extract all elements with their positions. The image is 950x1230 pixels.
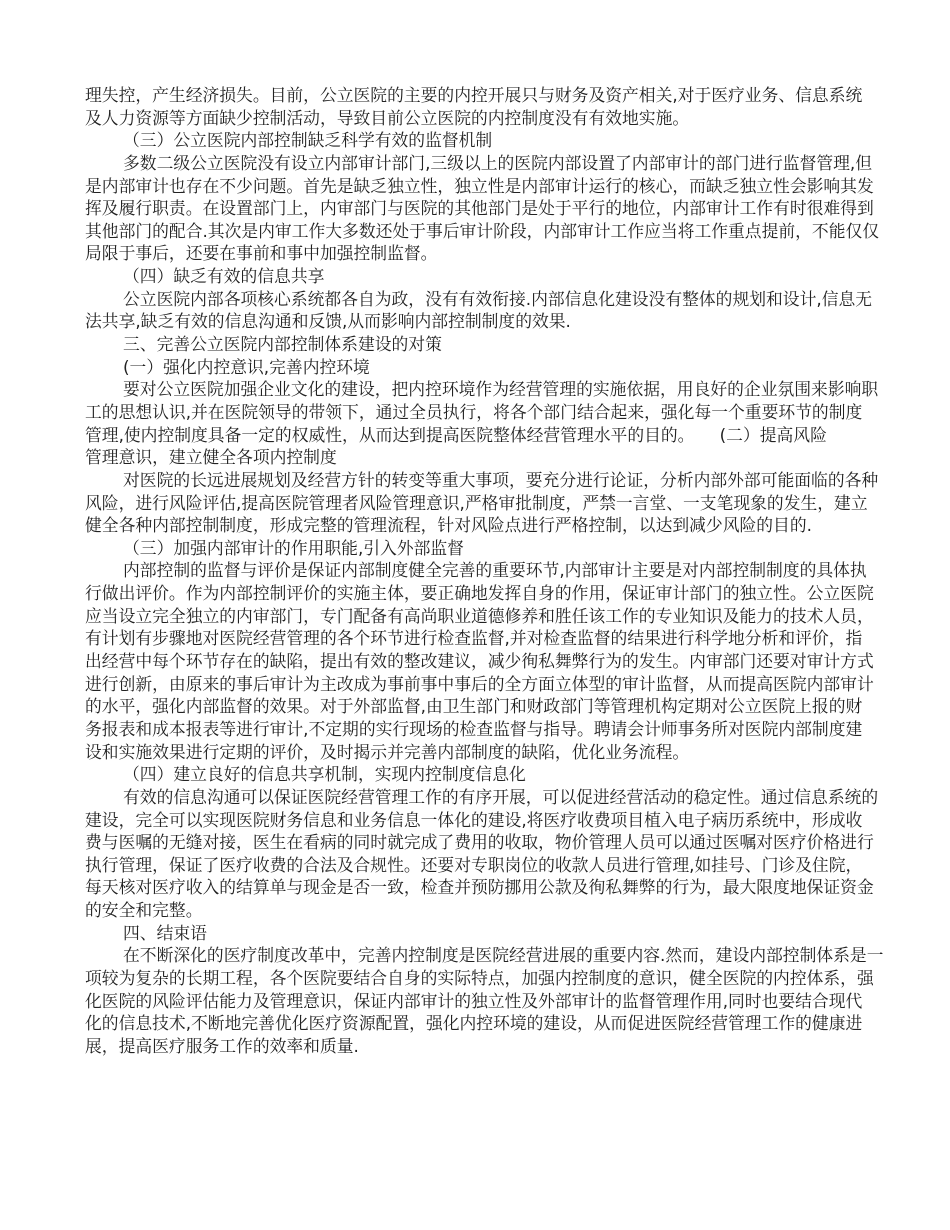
document-line: 设和实施效果进行定期的评价，及时揭示并完善内部制度的缺陷，优化业务流程。: [85, 741, 875, 764]
document-line: （四）建立良好的信息共享机制，实现内控制度信息化: [85, 763, 875, 786]
document-line: 风险，进行风险评估,提高医院管理者风险管理意识,严格审批制度，严禁一言堂、一支笔…: [85, 492, 875, 515]
document-line: 的水平，强化内部监督的效果。对于外部监督,由卫生部门和财政部门等管理机构定期对公…: [85, 695, 875, 718]
document-page: 理失控，产生经济损失。目前，公立医院的主要的内控开展只与财务及资产相关,对于医疗…: [0, 0, 950, 1230]
document-line: 工的思想认识,并在医院领导的带领下，通过全员执行，将各个部门结合起来，强化每一个…: [85, 401, 875, 424]
document-line: 公立医院内部各项核心系统都各自为政，没有有效衔接.内部信息化建设没有整体的规划和…: [85, 288, 875, 311]
document-line: 在不断深化的医疗制度改革中，完善内控制度是医院经营进展的重要内容.然而，建设内部…: [85, 944, 875, 967]
document-line: 展，提高医疗服务工作的效率和质量.: [85, 1035, 875, 1058]
document-line: 化的信息技术,不断地完善优化医疗资源配置，强化内控环境的建设，从而促进医院经营管…: [85, 1012, 875, 1035]
document-line: 其他部门的配合.其次是内审工作大多数还处于事后审计阶段，内部审计工作应当将工作重…: [85, 220, 875, 243]
document-line: 局限于事后，还要在事前和事中加强控制监督。: [85, 242, 875, 265]
document-line: 四、结束语: [85, 922, 875, 945]
document-text: 理失控，产生经济损失。目前，公立医院的主要的内控开展只与财务及资产相关,对于医疗…: [85, 84, 875, 1058]
document-line: 法共享,缺乏有效的信息沟通和反馈,从而影响内部控制制度的效果.: [85, 310, 875, 333]
document-line: 对医院的长远进展规划及经营方针的转变等重大事项，要充分进行论证，分析内部外部可能…: [85, 469, 875, 492]
document-line: 建设，完全可以实现医院财务信息和业务信息一体化的建设,将医疗收费项目植入电子病历…: [85, 809, 875, 832]
document-line: 健全各种内部控制制度，形成完整的管理流程，针对风险点进行严格控制，以达到减少风险…: [85, 514, 875, 537]
document-line: 费与医嘱的无缝对接，医生在看病的同时就完成了费用的收取，物价管理人员可以通过医嘱…: [85, 831, 875, 854]
document-line: 的安全和完整。: [85, 899, 875, 922]
document-line: 挥及履行职责。在设置部门上，内审部门与医院的其他部门是处于平行的地位，内部审计工…: [85, 197, 875, 220]
document-line: 要对公立医院加强企业文化的建设，把内控环境作为经营管理的实施依据，用良好的企业氛…: [85, 378, 875, 401]
document-line: 有计划有步骤地对医院经营管理的各个环节进行检查监督,并对检查监督的结果进行科学地…: [85, 627, 875, 650]
document-line: 每天核对医疗收入的结算单与现金是否一致，检查并预防挪用公款及徇私舞弊的行为，最大…: [85, 876, 875, 899]
document-line: 有效的信息沟通可以保证医院经营管理工作的有序开展，可以促进经营活动的稳定性。通过…: [85, 786, 875, 809]
document-line: 执行管理，保证了医疗收费的合法及合规性。还要对专职岗位的收款人员进行管理,如挂号…: [85, 854, 875, 877]
document-line: （四）缺乏有效的信息共享: [85, 265, 875, 288]
document-line: 行做出评价。作为内部控制评价的实施主体，要正确地发挥自身的作用，保证审计部门的独…: [85, 582, 875, 605]
document-line: 及人力资源等方面缺少控制活动，导致目前公立医院的内控制度没有有效地实施。: [85, 107, 875, 130]
document-line: 管理意识，建立健全各项内控制度: [85, 446, 875, 469]
document-line: 应当设立完全独立的内审部门，专门配备有高尚职业道德修养和胜任该工作的专业知识及能…: [85, 605, 875, 628]
document-line: 出经营中每个环节存在的缺陷，提出有效的整改建议，减少徇私舞弊行为的发生。内审部门…: [85, 650, 875, 673]
document-line: （三）公立医院内部控制缺乏科学有效的监督机制: [85, 129, 875, 152]
document-line: 化医院的风险评估能力及管理意识，保证内部审计的独立性及外部审计的监督管理作用,同…: [85, 990, 875, 1013]
document-line: 多数二级公立医院没有设立内部审计部门,三级以上的医院内部设置了内部审计的部门进行…: [85, 152, 875, 175]
document-line: 务报表和成本报表等进行审计,不定期的实行现场的检查监督与指导。聘请会计师事务所对…: [85, 718, 875, 741]
document-line: 内部控制的监督与评价是保证内部制度健全完善的重要环节,内部审计主要是对内部控制制…: [85, 559, 875, 582]
document-line: (一）强化内控意识,完善内控环境: [85, 356, 875, 379]
document-line: 项较为复杂的长期工程，各个医院要结合自身的实际特点，加强内控制度的意识，健全医院…: [85, 967, 875, 990]
document-line: 是内部审计也存在不少问题。首先是缺乏独立性，独立性是内部审计运行的核心，而缺乏独…: [85, 175, 875, 198]
document-line: 三、完善公立医院内部控制体系建设的对策: [85, 333, 875, 356]
document-line: （三）加强内部审计的作用职能,引入外部监督: [85, 537, 875, 560]
document-line: 进行创新，由原来的事后审计为主改成为事前事中事后的全方面立体型的审计监督，从而提…: [85, 673, 875, 696]
document-line: 管理,使内控制度具备一定的权威性，从而达到提高医院整体经营管理水平的目的。 (二…: [85, 424, 875, 447]
document-line: 理失控，产生经济损失。目前，公立医院的主要的内控开展只与财务及资产相关,对于医疗…: [85, 84, 875, 107]
